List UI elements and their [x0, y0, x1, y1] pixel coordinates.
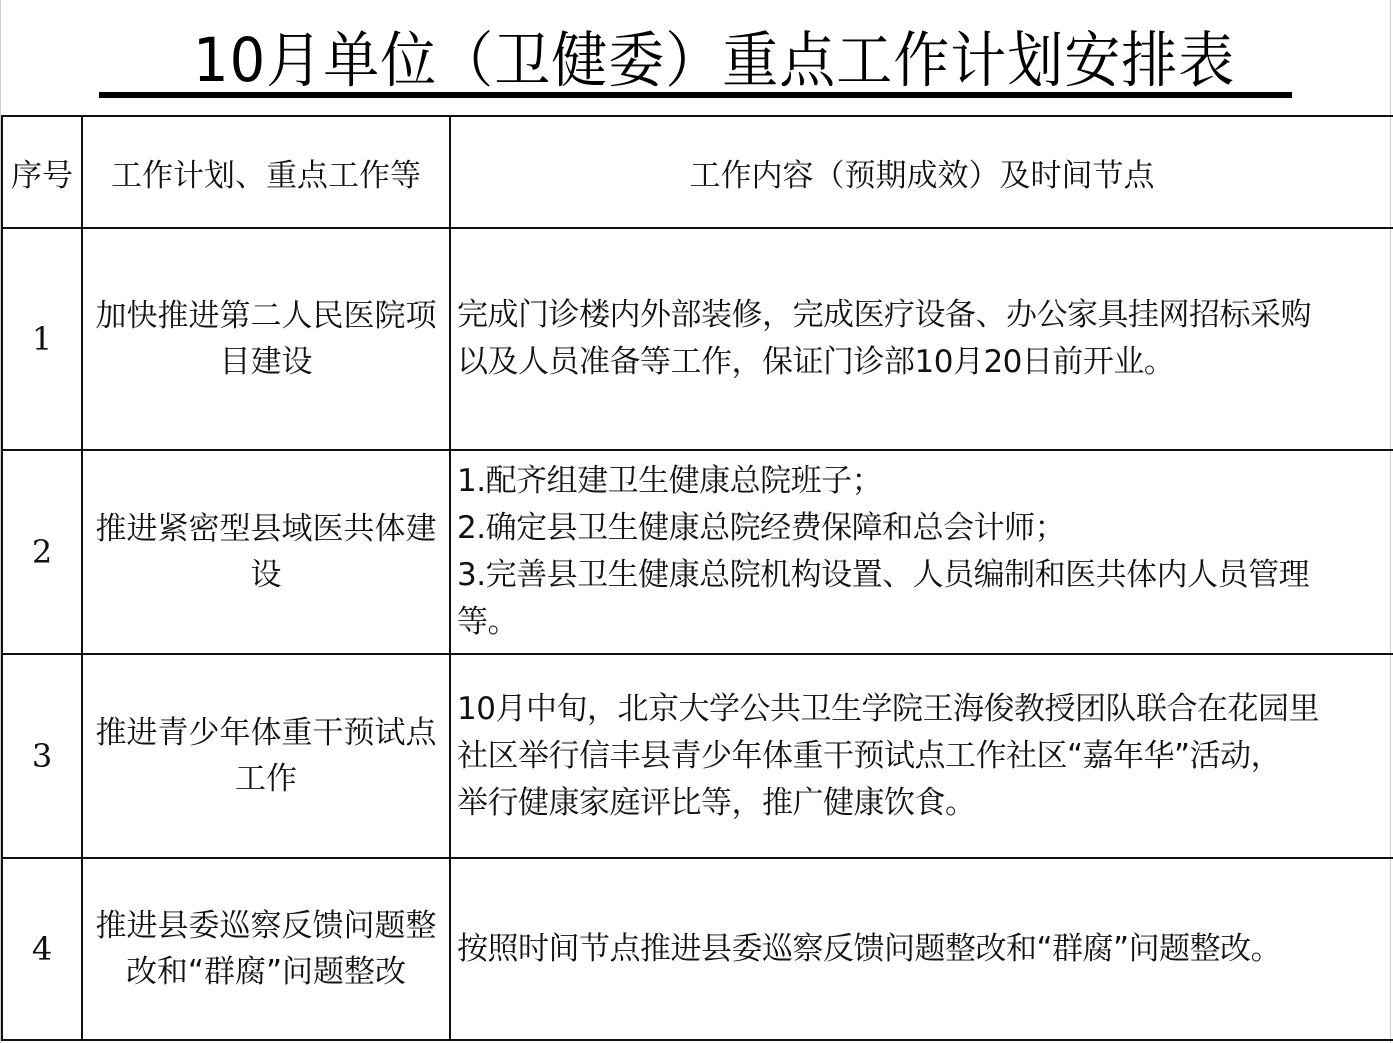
row-item: 加快推进第二人民医院项目建设: [82, 228, 450, 450]
table-row: 3 推进青少年体重干预试点工作 10月中旬，北京大学公共卫生学院王海俊教授团队联…: [2, 654, 1393, 858]
row-item: 推进青少年体重干预试点工作: [82, 654, 450, 858]
content-line: 以及人员准备等工作，保证门诊部10月20日前开业。: [457, 339, 1387, 386]
table-row: 1 加快推进第二人民医院项目建设 完成门诊楼内外部装修，完成医疗设备、办公家具挂…: [2, 228, 1393, 450]
table-row: 2 推进紧密型县域医共体建设 1.配齐组建卫生健康总院班子； 2.确定县卫生健康…: [2, 450, 1393, 654]
row-no: 4: [2, 858, 82, 1040]
header-content: 工作内容（预期成效）及时间节点: [450, 116, 1393, 228]
content-line: 举行健康家庭评比等，推广健康饮食。: [457, 780, 1387, 827]
content-line: 2.确定县卫生健康总院经费保障和总会计师；: [457, 505, 1387, 552]
content-line: 按照时间节点推进县委巡察反馈问题整改和“群腐”问题整改。: [457, 926, 1387, 973]
row-no: 1: [2, 228, 82, 450]
content-line: 完成门诊楼内外部装修，完成医疗设备、办公家具挂网招标采购: [457, 292, 1387, 339]
table-header-row: 序号 工作计划、重点工作等 工作内容（预期成效）及时间节点: [2, 116, 1393, 228]
content-line: 社区举行信丰县青少年体重干预试点工作社区“嘉年华”活动，: [457, 733, 1387, 780]
title-underline: 10月单位（卫健委）重点工作计划安排表: [99, 20, 1292, 98]
row-no: 2: [2, 450, 82, 654]
content-line: 等。: [457, 599, 1387, 646]
row-content: 10月中旬，北京大学公共卫生学院王海俊教授团队联合在花园里 社区举行信丰县青少年…: [450, 654, 1393, 858]
work-plan-table: 序号 工作计划、重点工作等 工作内容（预期成效）及时间节点 1 加快推进第二人民…: [1, 115, 1393, 1041]
content-line: 1.配齐组建卫生健康总院班子；: [457, 458, 1387, 505]
header-no: 序号: [2, 116, 82, 228]
content-line: 10月中旬，北京大学公共卫生学院王海俊教授团队联合在花园里: [457, 686, 1387, 733]
table-row: 4 推进县委巡察反馈问题整改和“群腐”问题整改 按照时间节点推进县委巡察反馈问题…: [2, 858, 1393, 1040]
row-content: 完成门诊楼内外部装修，完成医疗设备、办公家具挂网招标采购 以及人员准备等工作，保…: [450, 228, 1393, 450]
page-title: 10月单位（卫健委）重点工作计划安排表: [193, 26, 1235, 97]
content-line: 3.完善县卫生健康总院机构设置、人员编制和医共体内人员管理: [457, 552, 1387, 599]
row-no: 3: [2, 654, 82, 858]
row-content: 按照时间节点推进县委巡察反馈问题整改和“群腐”问题整改。: [450, 858, 1393, 1040]
row-content: 1.配齐组建卫生健康总院班子； 2.确定县卫生健康总院经费保障和总会计师； 3.…: [450, 450, 1393, 654]
row-item: 推进紧密型县域医共体建设: [82, 450, 450, 654]
row-item: 推进县委巡察反馈问题整改和“群腐”问题整改: [82, 858, 450, 1040]
document-page: 10月单位（卫健委）重点工作计划安排表 序号 工作计划、重点工作等 工作内容（预…: [0, 0, 1391, 1043]
header-item: 工作计划、重点工作等: [82, 116, 450, 228]
